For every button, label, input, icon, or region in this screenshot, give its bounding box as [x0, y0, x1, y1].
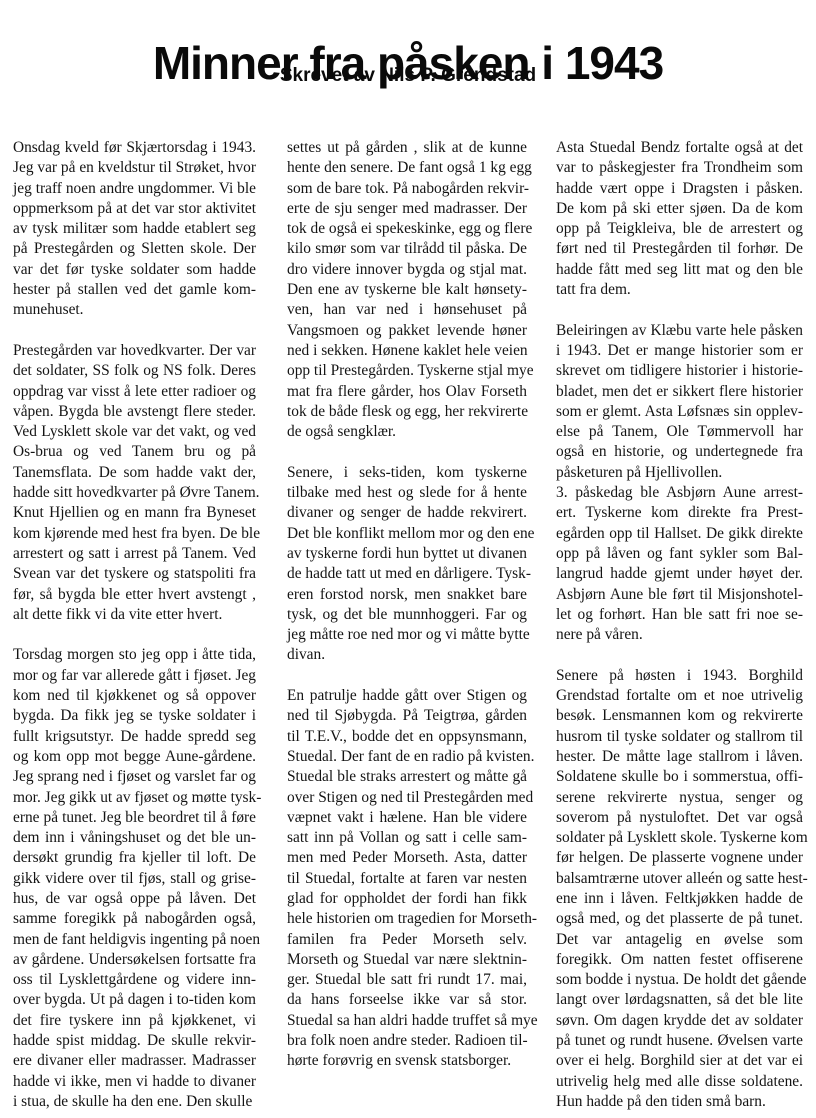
paragraph: Senere, i seks-tiden, kom tyskernetilbak… [287, 463, 527, 666]
text-line: Jeg var på en kveldstur til Strøket, hvo… [13, 158, 256, 178]
text-line: erte de sju senger med madrasser. Der [287, 199, 527, 219]
text-line: hus, de var også oppe på låven. Det [13, 889, 256, 909]
text-line: de hadde tatt ut med en dårligere. Tysk- [287, 564, 527, 584]
text-line: hadde fått med seg litt mat og den ble [556, 260, 803, 280]
text-line: av gårdene. Undersøkelsen fortsatte fra [13, 950, 256, 970]
text-line: mor. Jeg gikk ut av fjøset og møtte tysk… [13, 788, 256, 808]
text-line: men de fant heldigvis ingenting på noen [13, 930, 256, 950]
text-line: til T.E.V., bodde det en oppsynsmann, [287, 727, 527, 747]
paragraph: 3. påskedag ble Asbjørn Aune arrest-ert.… [556, 483, 803, 645]
text-line: mor og far var allerede gått i fjøset. J… [13, 666, 256, 686]
text-line: Svean var det tyskere og statspoliti fra [13, 564, 256, 584]
text-line: skrevet om tidligere historier i histori… [556, 361, 803, 381]
text-line: oppmerksom på at det var stor aktivitet [13, 199, 256, 219]
text-line: Det var antagelig en øvelse som [556, 930, 803, 950]
text-line: Senere på høsten i 1943. Borghild [556, 666, 803, 686]
text-line: da hans forseelse ikke var så stor. [287, 990, 527, 1010]
text-line: dro videre innover bygda og stjal mat. [287, 260, 527, 280]
text-line: ger. Stuedal ble satt fri rundt 17. mai, [287, 970, 527, 990]
text-line: ven, han var ned i hønsehuset på [287, 300, 527, 320]
text-line: Onsdag kveld før Skjærtorsdag i 1943. [13, 138, 256, 158]
text-line: Stuedal. Der fant de en radio på kvisten… [287, 747, 527, 767]
text-line: soldater på Lysklett skole. Tyskerne kom [556, 828, 803, 848]
text-line: Prestegården var hovedkvarter. Der var [13, 341, 256, 361]
text-line: Vangsmoen og pakket levende høner [287, 321, 527, 341]
text-line: De kom på ski etter sjøen. Da de kom [556, 199, 803, 219]
text-line: langrud hadde gjemt under høyet der. [556, 564, 803, 584]
text-line: Grendstad fortalte om et noe utrivelig [556, 686, 803, 706]
paragraph-gap [287, 442, 527, 462]
text-line: nere på våren. [556, 625, 803, 645]
text-line: det soldater, SS folk og NS folk. Deres [13, 361, 256, 381]
text-column-1: Onsdag kveld før Skjærtorsdag i 1943.Jeg… [13, 138, 256, 1112]
text-line: jeg måtte roe ned mor og vi måtte bytte [287, 625, 527, 645]
text-line: divan. [287, 645, 527, 665]
text-line: let og forhørt. Han ble satt fri noe se- [556, 605, 803, 625]
text-line: hadde spist middag. De skulle rekvir- [13, 1031, 256, 1051]
text-line: opp på Teigkleiva, ble de arrestert og [556, 219, 803, 239]
text-line: arrestert og satt i arrest på Tanem. Ved [13, 544, 256, 564]
text-line: over Stigen og ned til Prestegården med [287, 788, 527, 808]
text-line: hadde sitt hovedkvarter på Øvre Tanem. [13, 483, 256, 503]
text-line: langt over lørdagsnatten, så det ble lit… [556, 990, 803, 1010]
text-line: opp på låven og fant sykler som Bal- [556, 544, 803, 564]
text-line: Asbjørn Aune ble ført til Misjonshotel- [556, 585, 803, 605]
text-line: Stuedal sa han aldri hadde truffet så my… [287, 1011, 527, 1031]
paragraph: Torsdag morgen sto jeg opp i åtte tida,m… [13, 645, 256, 1112]
text-line: søvn. Om dagen krydde det av soldater [556, 1011, 803, 1031]
text-line: soverom på nystuloftet. Det var også [556, 808, 803, 828]
paragraph: Asta Stuedal Bendz fortalte også at detv… [556, 138, 803, 300]
text-line: Morseth og Stuedal var nære slektnin- [287, 950, 527, 970]
text-line: opp til Prestegården. Tyskerne stjal mye [287, 361, 527, 381]
text-line: samme foregikk på nabogården også, [13, 909, 256, 929]
text-line: tok de også ei spekeskinke, egg og flere [287, 219, 527, 239]
paragraph-gap [556, 645, 803, 665]
text-line: de også sengklær. [287, 422, 527, 442]
paragraph: Beleiringen av Klæbu varte hele påskeni … [556, 321, 803, 483]
text-line: det fire tyskere inn på kjøkkenet, vi [13, 1011, 256, 1031]
text-line: foregikk. Om natten festet offiserene [556, 950, 803, 970]
text-line: hester på stallen ved det gamle kom- [13, 280, 256, 300]
text-line: alt dette fikk vi da vite etter hvert. [13, 605, 256, 625]
text-line: Hun hadde på den tiden små barn. [556, 1092, 803, 1112]
text-line: Ved Lysklett skole var det vakt, og ved [13, 422, 256, 442]
text-line: også en historie, og undertegnede fra [556, 442, 803, 462]
text-line: gikk videre over til fjøs, stall og gris… [13, 869, 256, 889]
text-line: av tyskerne fordi hun byttet ut divanen [287, 544, 527, 564]
text-column-2: settes ut på gården , slik at de kunnehe… [287, 138, 527, 1072]
text-line: over ei helg. Borghild sier at det var e… [556, 1051, 803, 1071]
text-line: Soldatene skulle bo i sommerstua, offi- [556, 767, 803, 787]
text-line: ført ned til Prestegården til forhør. De [556, 239, 803, 259]
text-line: ned til Sjøbygda. På Teigtrøa, gården [287, 706, 527, 726]
text-line: bygda. Da fikk jeg se tyske soldater i [13, 706, 256, 726]
text-line: Det ble konflikt mellom mor og den ene [287, 524, 527, 544]
text-line: som bodde i nystua. De holdt det gående [556, 970, 803, 990]
text-line: tok de både flesk og egg, her rekvirerte [287, 402, 527, 422]
text-line: erne på tunet. Jeg ble beordret til å fø… [13, 808, 256, 828]
paragraph: settes ut på gården , slik at de kunnehe… [287, 138, 527, 442]
text-line: før, så bygda ble etter hvert avstengt , [13, 585, 256, 605]
text-line: ene inn i låven. Feltkjøkken hadde de [556, 889, 803, 909]
text-line: kom ned til kjøkkenet og så oppover [13, 686, 256, 706]
text-line: husrom til tyske soldater og stallrom ti… [556, 727, 803, 747]
text-line: utrivelig helg med alle disse soldatene. [556, 1072, 803, 1092]
text-line: Beleiringen av Klæbu varte hele påsken [556, 321, 803, 341]
text-line: glad for oppholdet der fordi han fikk [287, 889, 527, 909]
text-line: balsamtrærne utover alleén og satte hest… [556, 869, 803, 889]
text-line: familen fra Peder Morseth selv. [287, 930, 527, 950]
text-line: bladet, men det er sikkert flere histori… [556, 382, 803, 402]
text-line: før helgen. De plasserte vognene under [556, 848, 803, 868]
text-line: kilo smør som var tilrådd til påska. De [287, 239, 527, 259]
text-line: divaner og senger de hadde rekvirert. [287, 503, 527, 523]
text-line: Knut Hjellien og en mann fra Byneset [13, 503, 256, 523]
text-line: kom kjørende med hest fra byen. De ble [13, 524, 256, 544]
text-line: ert. Tyskerne kom direkte fra Prest- [556, 503, 803, 523]
text-line: over bygda. Ut på dagen i to-tiden kom [13, 990, 256, 1010]
text-line: hadde vært oppe i Dragsten i påsken. [556, 179, 803, 199]
text-line: tysk, og det ble munnhoggeri. Far og [287, 605, 527, 625]
text-line: fullt krigsutstyr. De hadde spredd seg [13, 727, 256, 747]
text-line: av tysk militær som hadde etablert seg [13, 219, 256, 239]
article-byline: Skrevet av Nils P. Grendstad [0, 64, 816, 88]
text-line: eren forstod norsk, men snakket bare [287, 585, 527, 605]
text-line: Os-brua og ved Tanem bru og på [13, 442, 256, 462]
text-line: Torsdag morgen sto jeg opp i åtte tida, [13, 645, 256, 665]
text-line: hele historien om tragedien for Morseth- [287, 909, 527, 929]
text-line: oppdrag var visst å lete etter radioer o… [13, 382, 256, 402]
text-line: mat fra flere gårder, hos Olav Forseth [287, 382, 527, 402]
text-line: Tanemsflata. De som hadde vakt der, [13, 463, 256, 483]
text-line: dersøkt grundig fra kjeller til loft. De [13, 848, 256, 868]
text-line: til Stuedal, fortalte at faren var neste… [287, 869, 527, 889]
text-line: som de bare tok. På nabogården rekvir- [287, 179, 527, 199]
text-line: hente den senere. De fant også 1 kg egg [287, 158, 527, 178]
text-line: på Prestegården og Sletten skole. Der [13, 239, 256, 259]
text-line: serene rekvirerte nystua, senger og [556, 788, 803, 808]
text-line: men med Peder Morseth. Asta, datter [287, 848, 527, 868]
paragraph: Prestegården var hovedkvarter. Der varde… [13, 341, 256, 625]
paragraph-gap [13, 625, 256, 645]
text-column-3: Asta Stuedal Bendz fortalte også at detv… [556, 138, 803, 1112]
text-line: ere divaner eller madrasser. Madrasser [13, 1051, 256, 1071]
text-line: Den ene av tyskerne ble kalt hønsety- [287, 280, 527, 300]
text-line: satt inn på Vollan og satt i celle sam- [287, 828, 527, 848]
text-line: påsketuren på Hjellivollen. [556, 463, 803, 483]
text-line: Jeg sprang ned i fjøset og varslet far o… [13, 767, 256, 787]
text-line: 3. påskedag ble Asbjørn Aune arrest- [556, 483, 803, 503]
paragraph-gap [556, 300, 803, 320]
text-line: også med, og det plasserte de på tunet. [556, 909, 803, 929]
text-line: Stuedal ble straks arrestert og måtte gå [287, 767, 527, 787]
text-line: i stua, de skulle ha den ene. Den skulle [13, 1092, 256, 1112]
text-line: besøk. Lensmannen kom og rekvirerte [556, 706, 803, 726]
text-line: egården opp til Hallset. De gikk direkte [556, 524, 803, 544]
text-line: hester. De måtte lage stallrom i låven. [556, 747, 803, 767]
text-line: Asta Stuedal Bendz fortalte også at det [556, 138, 803, 158]
text-line: var to påskegjester fra Trondheim som [556, 158, 803, 178]
text-line: ned i sekken. Hønene kaklet hele veien [287, 341, 527, 361]
text-line: oss til Lysklettgårdene og videre inn- [13, 970, 256, 990]
text-line: tatt fra dem. [556, 280, 803, 300]
paragraph: Senere på høsten i 1943. BorghildGrendst… [556, 666, 803, 1113]
paragraph: En patrulje hadde gått over Stigen ogned… [287, 686, 527, 1072]
text-line: Senere, i seks-tiden, kom tyskerne [287, 463, 527, 483]
text-line: og kom opp mot begge Aune-gårdene. [13, 747, 256, 767]
text-line: hadde vi ikke, men vi hadde to divaner [13, 1072, 256, 1092]
text-line: hørte forøvrig en svensk statsborger. [287, 1051, 527, 1071]
text-line: væpnet vakt i hælene. Han ble videre [287, 808, 527, 828]
text-line: settes ut på gården , slik at de kunne [287, 138, 527, 158]
text-line: dem inn i våningshuset og det ble un- [13, 828, 256, 848]
text-line: else på Tanem, Ole Tømmervoll har [556, 422, 803, 442]
text-line: i 1943. Det er mange historier som er [556, 341, 803, 361]
text-line: munehuset. [13, 300, 256, 320]
paragraph-gap [13, 321, 256, 341]
text-line: på tunet og rundt husene. Øvelsen varte [556, 1031, 803, 1051]
text-line: En patrulje hadde gått over Stigen og [287, 686, 527, 706]
text-line: våpen. Bygda ble avstengt flere steder. [13, 402, 256, 422]
text-line: jeg traff noen andre ungdommer. Vi ble [13, 179, 256, 199]
paragraph: Onsdag kveld før Skjærtorsdag i 1943.Jeg… [13, 138, 256, 321]
text-line: bra folk noen andre steder. Radioen til- [287, 1031, 527, 1051]
text-line: tilbake med hest og slede for å hente [287, 483, 527, 503]
paragraph-gap [287, 666, 527, 686]
text-line: som er glemt. Asta Løfsnæs sin opplev- [556, 402, 803, 422]
text-line: var det før tyske soldater som hadde [13, 260, 256, 280]
